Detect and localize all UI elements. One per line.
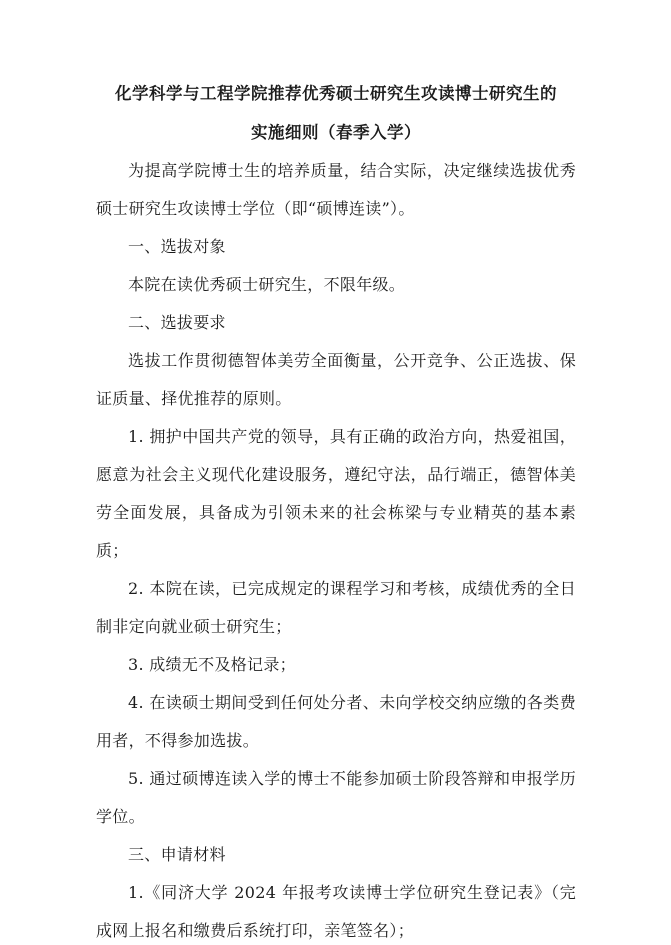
title-line-2: 实施细则（春季入学） [96,113,576,152]
material-item-1: 1.《同济大学 2024 年报考攻读博士学位研究生登记表》（完成网上报名和缴费后… [96,874,576,945]
section-heading-2-selection-requirements: 二、选拔要求 [96,304,576,342]
requirement-item-1: 1. 拥护中国共产党的领导，具有正确的政治方向，热爱祖国，愿意为社会主义现代化建… [96,418,576,570]
requirement-item-5: 5. 通过硕博连读入学的博士不能参加硕士阶段答辩和申报学历学位。 [96,760,576,836]
document-page: 化学科学与工程学院推荐优秀硕士研究生攻读博士研究生的 实施细则（春季入学） 为提… [0,0,671,945]
document-title: 化学科学与工程学院推荐优秀硕士研究生攻读博士研究生的 实施细则（春季入学） [96,74,576,152]
title-line-1: 化学科学与工程学院推荐优秀硕士研究生攻读博士研究生的 [96,74,576,113]
requirement-item-4: 4. 在读硕士期间受到任何处分者、未向学校交纳应缴的各类费用者，不得参加选拔。 [96,684,576,760]
section-heading-3-application-materials: 三、申请材料 [96,836,576,874]
paragraph-selection-principles: 选拔工作贯彻德智体美劳全面衡量，公开竞争、公正选拔、保证质量、择优推荐的原则。 [96,342,576,418]
section-heading-1-selection-targets: 一、选拔对象 [96,228,576,266]
requirement-item-3: 3. 成绩无不及格记录； [96,646,576,684]
paragraph-selection-targets: 本院在读优秀硕士研究生，不限年级。 [96,266,576,304]
paragraph-intro: 为提高学院博士生的培养质量，结合实际，决定继续选拔优秀硕士研究生攻读博士学位（即… [96,152,576,228]
requirement-item-2: 2. 本院在读，已完成规定的课程学习和考核，成绩优秀的全日制非定向就业硕士研究生… [96,570,576,646]
